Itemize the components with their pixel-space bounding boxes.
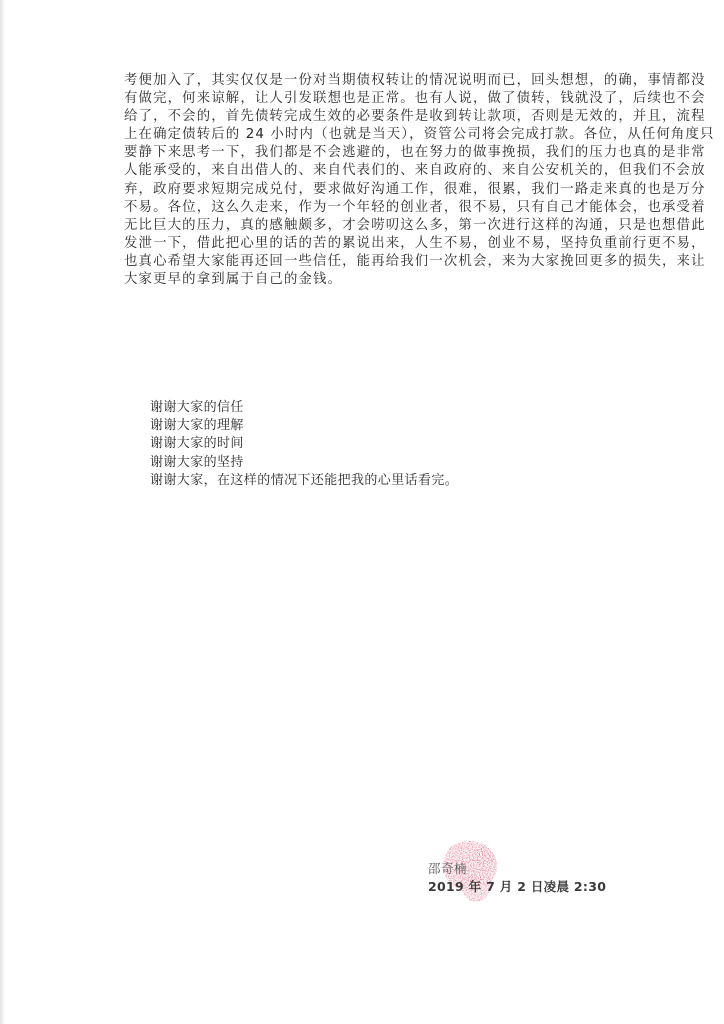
body-line: 也真心希望大家能再还回一些信任，能再给我们一次机会，来为大家挽回更多的损失，来让 — [124, 253, 628, 271]
body-line: 有做完，何来谅解，让人引发联想也是正常。也有人说，做了债转，钱就没了，后续也不会 — [124, 90, 628, 108]
thanks-item: 谢谢大家的理解 — [150, 417, 458, 435]
body-line: 无比巨大的压力，真的感触颇多，才会唠叨这么多，第一次进行这样的沟通，只是也想借此 — [124, 217, 628, 235]
scan-page-edge — [0, 0, 5, 1024]
thanks-item: 谢谢大家的坚持 — [150, 454, 458, 472]
body-line: 给了，不会的，首先债转完成生效的必要条件是收到转让款项，否则是无效的，并且，流程 — [124, 108, 628, 126]
thanks-item: 谢谢大家，在这样的情况下还能把我的心里话看完。 — [150, 472, 458, 490]
body-line: 不易。各位，这么久走来，作为一个年轻的创业者，很不易，只有自己才能体会，也承受着 — [124, 199, 628, 217]
letter-body-paragraph: 考便加入了，其实仅仅是一份对当期债权转让的情况说明而已，回头想想，的确，事情都没… — [124, 72, 628, 289]
thanks-item: 谢谢大家的信任 — [150, 399, 458, 417]
thanks-list: 谢谢大家的信任 谢谢大家的理解 谢谢大家的时间 谢谢大家的坚持 谢谢大家，在这样… — [150, 399, 458, 490]
body-line: 上在确定债转后的 24 小时内（也就是当天），资管公司将会完成打款。各位，从任何… — [124, 126, 628, 144]
body-line: 要静下来思考一下，我们都是不会逃避的，也在努力的做事挽损，我们的压力也真的是非常 — [124, 144, 628, 162]
body-line: 发泄一下，借此把心里的话的苦的累说出来，人生不易，创业不易，坚持负重前行更不易， — [124, 235, 628, 253]
signature-name: 邵奇楠 — [428, 859, 467, 877]
body-line: 考便加入了，其实仅仅是一份对当期债权转让的情况说明而已，回头想想，的确，事情都没 — [124, 72, 628, 90]
thanks-item: 谢谢大家的时间 — [150, 435, 458, 453]
body-line: 人能承受的，来自出借人的、来自代表们的、来自政府的、来自公安机关的，但我们不会放 — [124, 162, 628, 180]
body-line: 弃，政府要求短期完成兑付，要求做好沟通工作，很难，很累，我们一路走来真的也是万分 — [124, 181, 628, 199]
signature-date: 2019 年 7 月 2 日凌晨 2:30 — [428, 877, 606, 895]
body-line: 大家更早的拿到属于自己的金钱。 — [124, 271, 628, 289]
